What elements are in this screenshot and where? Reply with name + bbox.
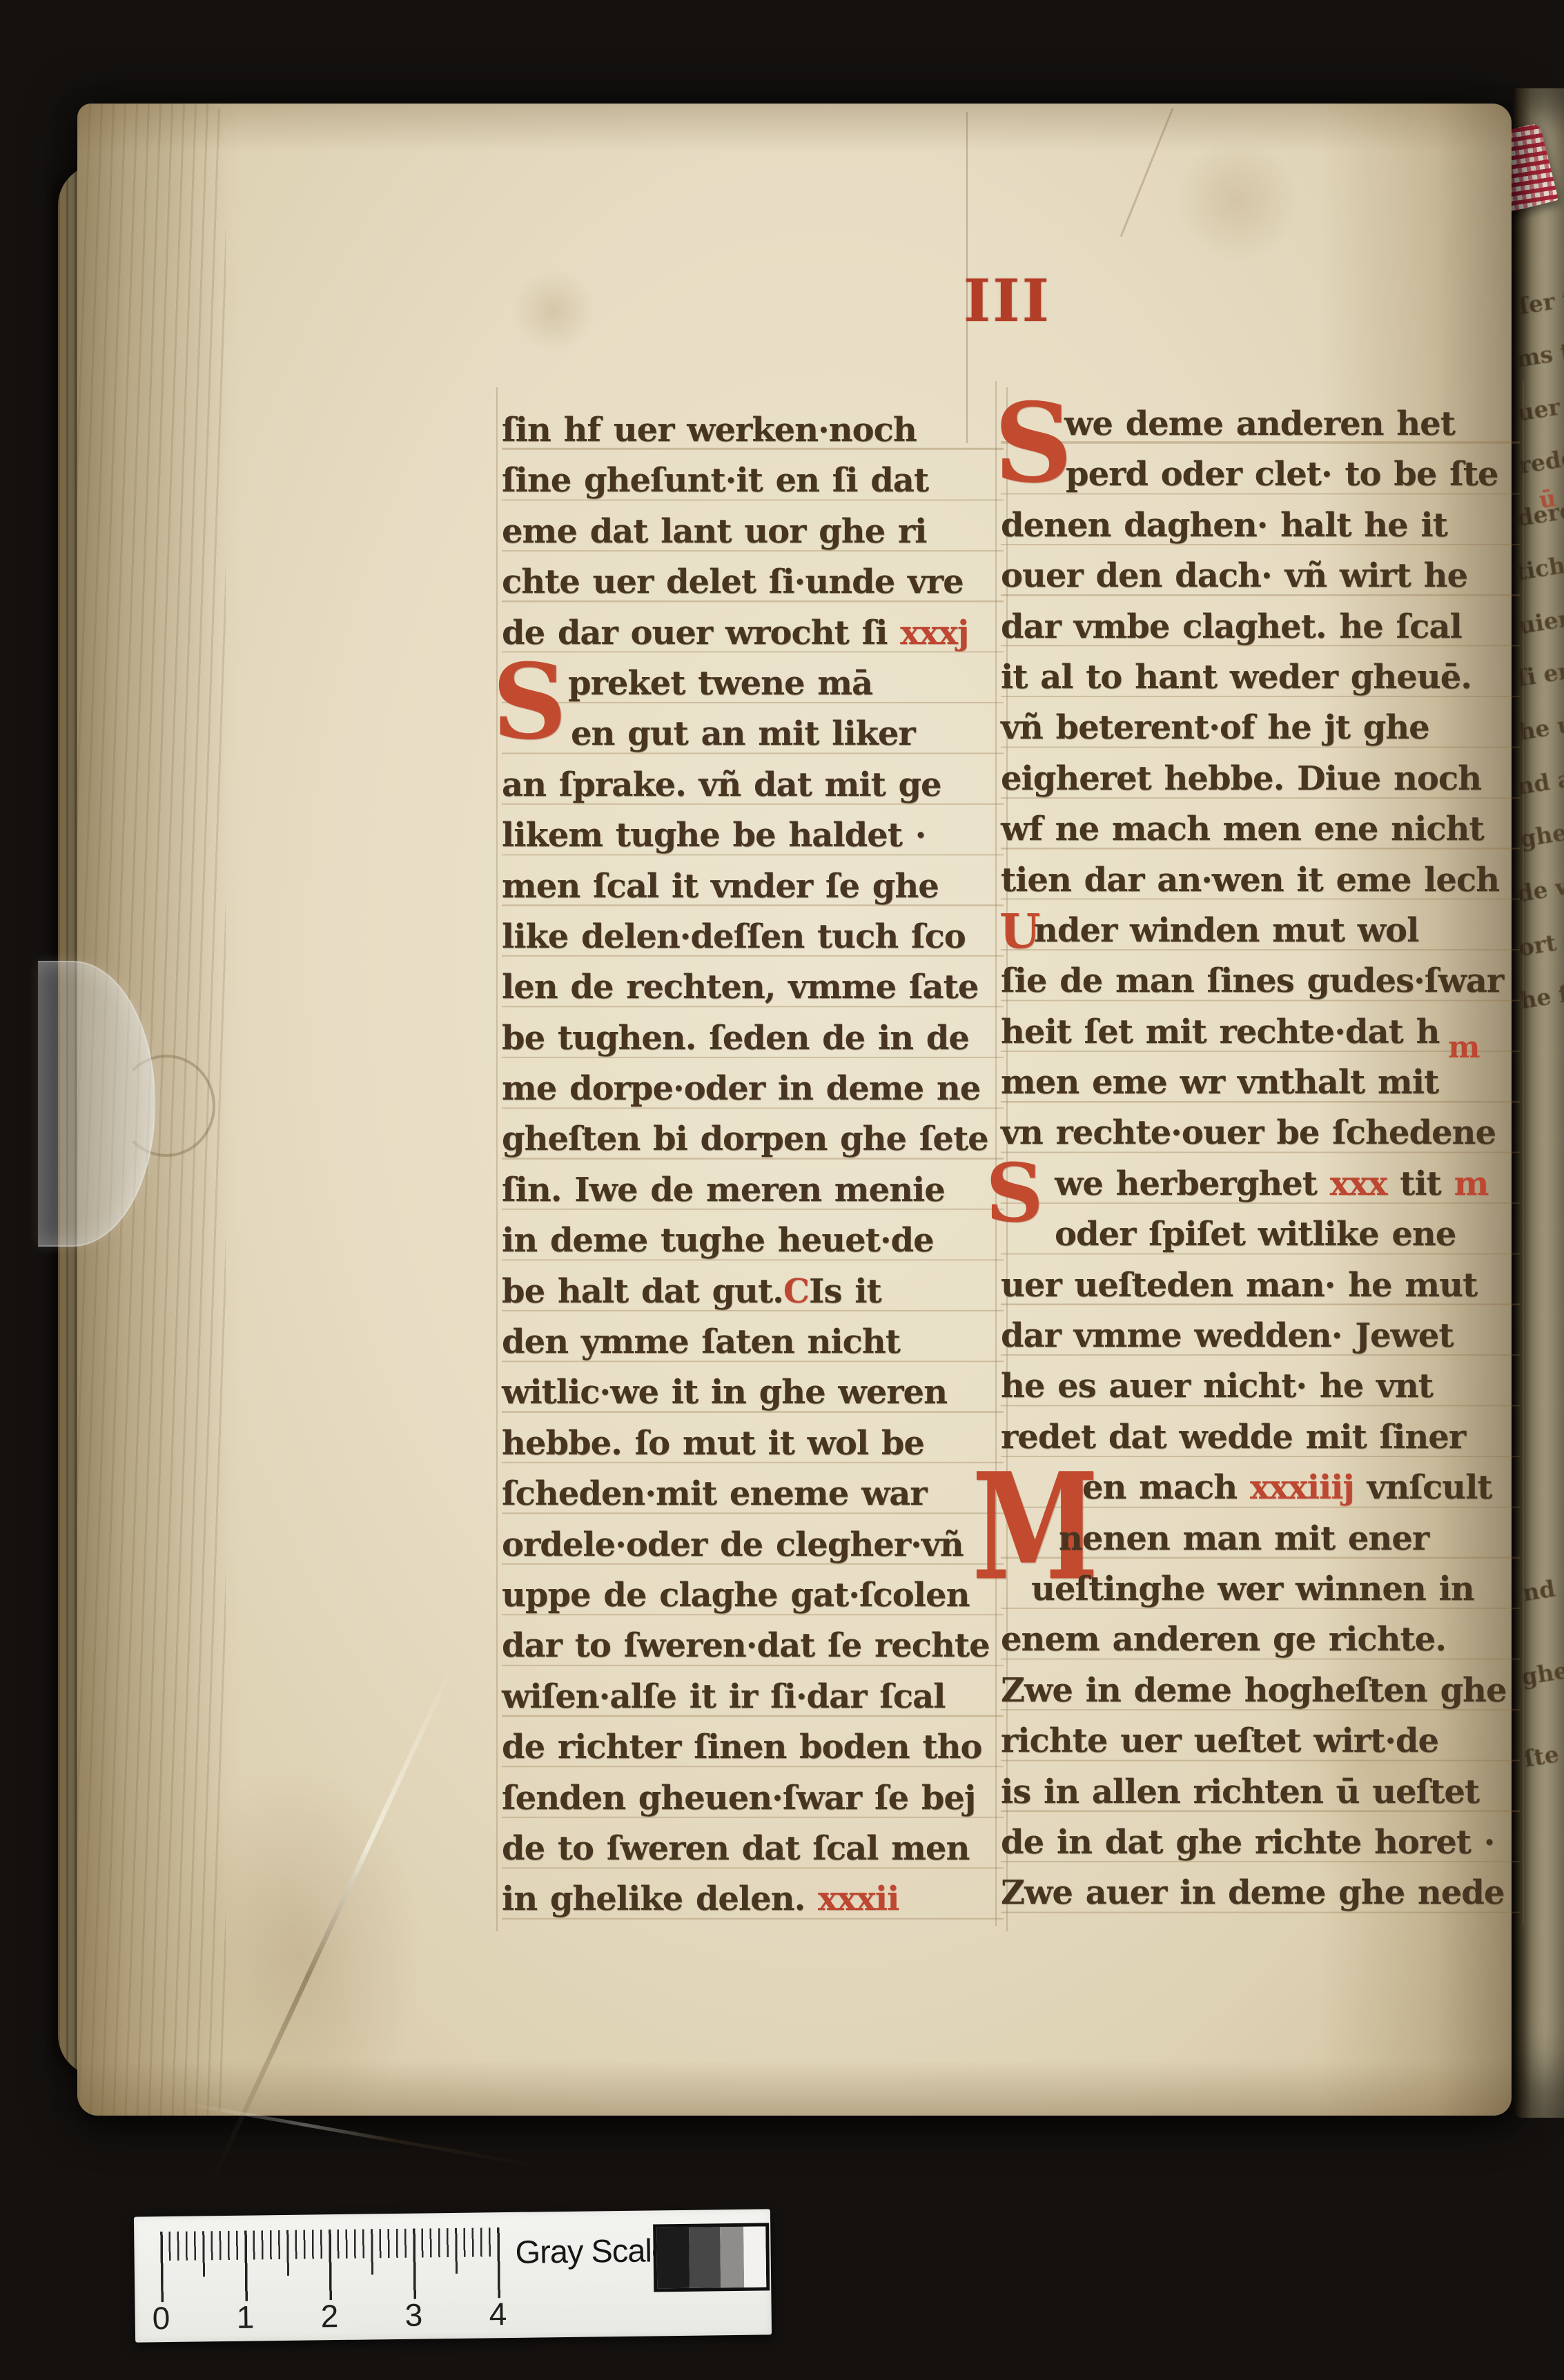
manuscript-line: ſcheden·mit eneme war <box>502 1469 1004 1519</box>
margin-rubric: m <box>1448 1030 1480 1065</box>
manuscript-line: nenen man mit ener <box>1001 1514 1520 1564</box>
ruler-number: 1 <box>236 2301 254 2333</box>
red-rubric: xxxiiij <box>1250 1468 1354 1507</box>
manuscript-line: Swe herberghet xxx tit m <box>1001 1159 1520 1209</box>
facing-text-fragment: rede l <box>1517 443 1564 477</box>
gray-patch-dark-gray <box>690 2227 721 2288</box>
manuscript-line: denen daghen· halt he it <box>1001 500 1520 551</box>
facing-page-edge: ſer trms tnuer wrede lūderetichtuienſi e… <box>1513 88 1564 2118</box>
manuscript-line: ueſtinghe wer winnen in <box>1001 1564 1520 1615</box>
manuscript-line: Men mach xxxiiij vnſcult <box>1001 1463 1520 1513</box>
facing-text-fragment: ticht <box>1514 552 1564 583</box>
manuscript-line: gheſten bi dorpen ghe ſete <box>502 1114 1004 1164</box>
facing-text-fragment: nd <box>1521 1577 1557 1605</box>
manuscript-line: eigheret hebbe. Diue noch <box>1001 754 1520 804</box>
manuscript-line: enem anderen ge richte. <box>1001 1615 1520 1665</box>
parchment-crease <box>209 1663 456 2184</box>
folio-number: III <box>964 272 1051 330</box>
grayscale-label: Gray Scale <box>515 2231 669 2271</box>
ruler-number: 0 <box>152 2302 170 2334</box>
red-rubric: C <box>783 1272 809 1311</box>
rubric-initial: U <box>999 908 1039 955</box>
manuscript-line: in ghelike delen. xxxii <box>502 1874 1004 1924</box>
gray-patches <box>653 2223 770 2292</box>
facing-text-fragment: ghe <box>1518 821 1564 850</box>
manuscript-line: de richter ſinen boden tho <box>502 1722 1004 1773</box>
manuscript-line: perd oder clet· to be ſte <box>1001 449 1520 500</box>
text-column-right: Swe deme anderen hetperd oder clet· to b… <box>1001 399 1520 1920</box>
manuscript-line: ſin hf uer werken·noch <box>502 405 1004 456</box>
manuscript-line: witlic·we it in ghe weren <box>502 1367 1004 1418</box>
manuscript-line: likem tughe be haldet · <box>502 810 1004 861</box>
gray-patch-white <box>744 2226 767 2287</box>
manuscript-line: hebbe. ſo mut it wol be <box>502 1418 1004 1469</box>
manuscript-line: eme dat lant uor ghe ri <box>502 507 1004 557</box>
manuscript-line: wf ne mach men ene nicht <box>1001 804 1520 855</box>
manuscript-page: III ſin hf uer werken·nochſine gheſunt·i… <box>77 104 1512 2116</box>
red-rubric: xxxii <box>818 1880 899 1918</box>
facing-text-fragment: ſer tr <box>1517 285 1564 318</box>
gray-patch-mid-gray <box>720 2227 745 2288</box>
ruler-number: 4 <box>489 2298 507 2330</box>
ruler-numbers: 01234 <box>161 2298 520 2338</box>
manuscript-line: vn rechte·ouer be ſchedene <box>1001 1108 1520 1158</box>
ruler-ticks <box>160 2227 506 2302</box>
manuscript-line: me dorpe·oder in deme ne <box>502 1064 1004 1114</box>
facing-text-fragment: ſte <box>1523 1742 1561 1770</box>
red-rubric: xxxj <box>900 614 968 652</box>
facing-text-fragment: ghe <box>1520 1659 1564 1688</box>
facing-text-fragment: he ſ <box>1518 982 1564 1013</box>
gray-patch-black <box>656 2227 690 2289</box>
manuscript-line: Zwe auer in deme ghe nede <box>1001 1868 1520 1918</box>
text-column-left: ſin hf uer werken·nochſine gheſunt·it en… <box>502 405 1004 1926</box>
manuscript-line: en gut an mit liker <box>502 709 1004 759</box>
manuscript-line: de in dat ghe richte horet · <box>1001 1817 1520 1868</box>
manuscript-line: ſin. Iwe de meren menie <box>502 1165 1004 1216</box>
manuscript-line: oder ſpiſet witlike ene <box>1001 1209 1520 1260</box>
manuscript-line: be tughen. ſeden de in de <box>502 1013 1004 1064</box>
manuscript-line: he es auer nicht· he vnt <box>1001 1361 1520 1412</box>
manuscript-line: dar to ſweren·dat ſe rechte <box>502 1621 1004 1671</box>
manuscript-line: ſine gheſunt·it en ſi dat <box>502 456 1004 506</box>
manuscript-line: richte uer ueſtet wirt·de <box>1001 1716 1520 1766</box>
facing-text-fragment: uien <box>1517 606 1564 637</box>
manuscript-line: like delen·deſſen tuch ſco <box>502 912 1004 962</box>
manuscript-line: uppe de claghe gat·ſcolen <box>502 1570 1004 1621</box>
manuscript-line: Zwe in deme hogheſten ghe <box>1001 1666 1520 1716</box>
ruler-number: 2 <box>320 2300 338 2332</box>
facing-text-fragment: he u <box>1517 712 1564 743</box>
manuscript-line: it al to hant weder gheuē. <box>1001 652 1520 703</box>
manuscript-line: in deme tughe heuet·de <box>502 1216 1004 1266</box>
manuscript-line: chte uer delet ſi·unde vre <box>502 557 1004 607</box>
manuscript-line: ordele·oder de clegher·vñ <box>502 1520 1004 1570</box>
manuscript-line: men ſcal it vnder ſe ghe <box>502 861 1004 912</box>
red-rubric: m <box>1454 1164 1488 1203</box>
manuscript-line: uer ueſteden man· he mut <box>1001 1260 1520 1311</box>
manuscript-line: de dar ouer wrocht ſi xxxj <box>502 608 1004 659</box>
manuscript-line: wiſen·alſe it ir ſi·dar ſcal <box>502 1672 1004 1722</box>
grayscale-ruler: 01234 Gray Scale <box>134 2209 772 2342</box>
manuscript-line: men eme wr vnthalt mit <box>1001 1057 1520 1108</box>
manuscript-line: Swe deme anderen het <box>1001 399 1520 449</box>
manuscript-line: len de rechten, vmme ſate <box>502 962 1004 1013</box>
manuscript-line: de to ſweren dat ſcal men <box>502 1824 1004 1874</box>
red-rubric: xxx <box>1330 1164 1387 1203</box>
manuscript-line: heit ſet mit rechte·dat h <box>1001 1007 1520 1057</box>
manuscript-line: dar vmbe claghet. he ſcal <box>1001 602 1520 652</box>
manuscript-line: dar vmme wedden· Jewet <box>1001 1311 1520 1361</box>
manuscript-line: ouer den dach· vñ wirt he <box>1001 551 1520 601</box>
manuscript-line: ſie de man ſines gudes·ſwar <box>1001 956 1520 1006</box>
manuscript-line: ſenden gheuen·ſwar ſe bej <box>502 1773 1004 1824</box>
facing-text-fragment: ort n <box>1517 927 1564 959</box>
manuscript-line: is in allen richten ū ueſtet <box>1001 1767 1520 1817</box>
manuscript-line: Spreket twene mā <box>502 659 1004 709</box>
manuscript-line: tien dar an·wen it eme lech <box>1001 855 1520 906</box>
manuscript-line: an ſprake. vñ dat mit ge <box>502 760 1004 810</box>
photo-frame: ſer trms tnuer wrede lūderetichtuienſi e… <box>0 0 1564 2380</box>
manuscript-line: Under winden mut wol <box>1001 906 1520 956</box>
parchment-crease <box>1120 108 1174 237</box>
manuscript-line: vñ beterent·of he jt ghe <box>1001 703 1520 753</box>
facing-text-fragment: ms tn <box>1514 337 1564 371</box>
manuscript-line: be halt dat gut.CIs it <box>502 1267 1004 1317</box>
ruler-major-ticks <box>160 2227 506 2302</box>
ruler-number: 3 <box>404 2299 422 2331</box>
manuscript-line: den ymme ſaten nicht <box>502 1317 1004 1367</box>
